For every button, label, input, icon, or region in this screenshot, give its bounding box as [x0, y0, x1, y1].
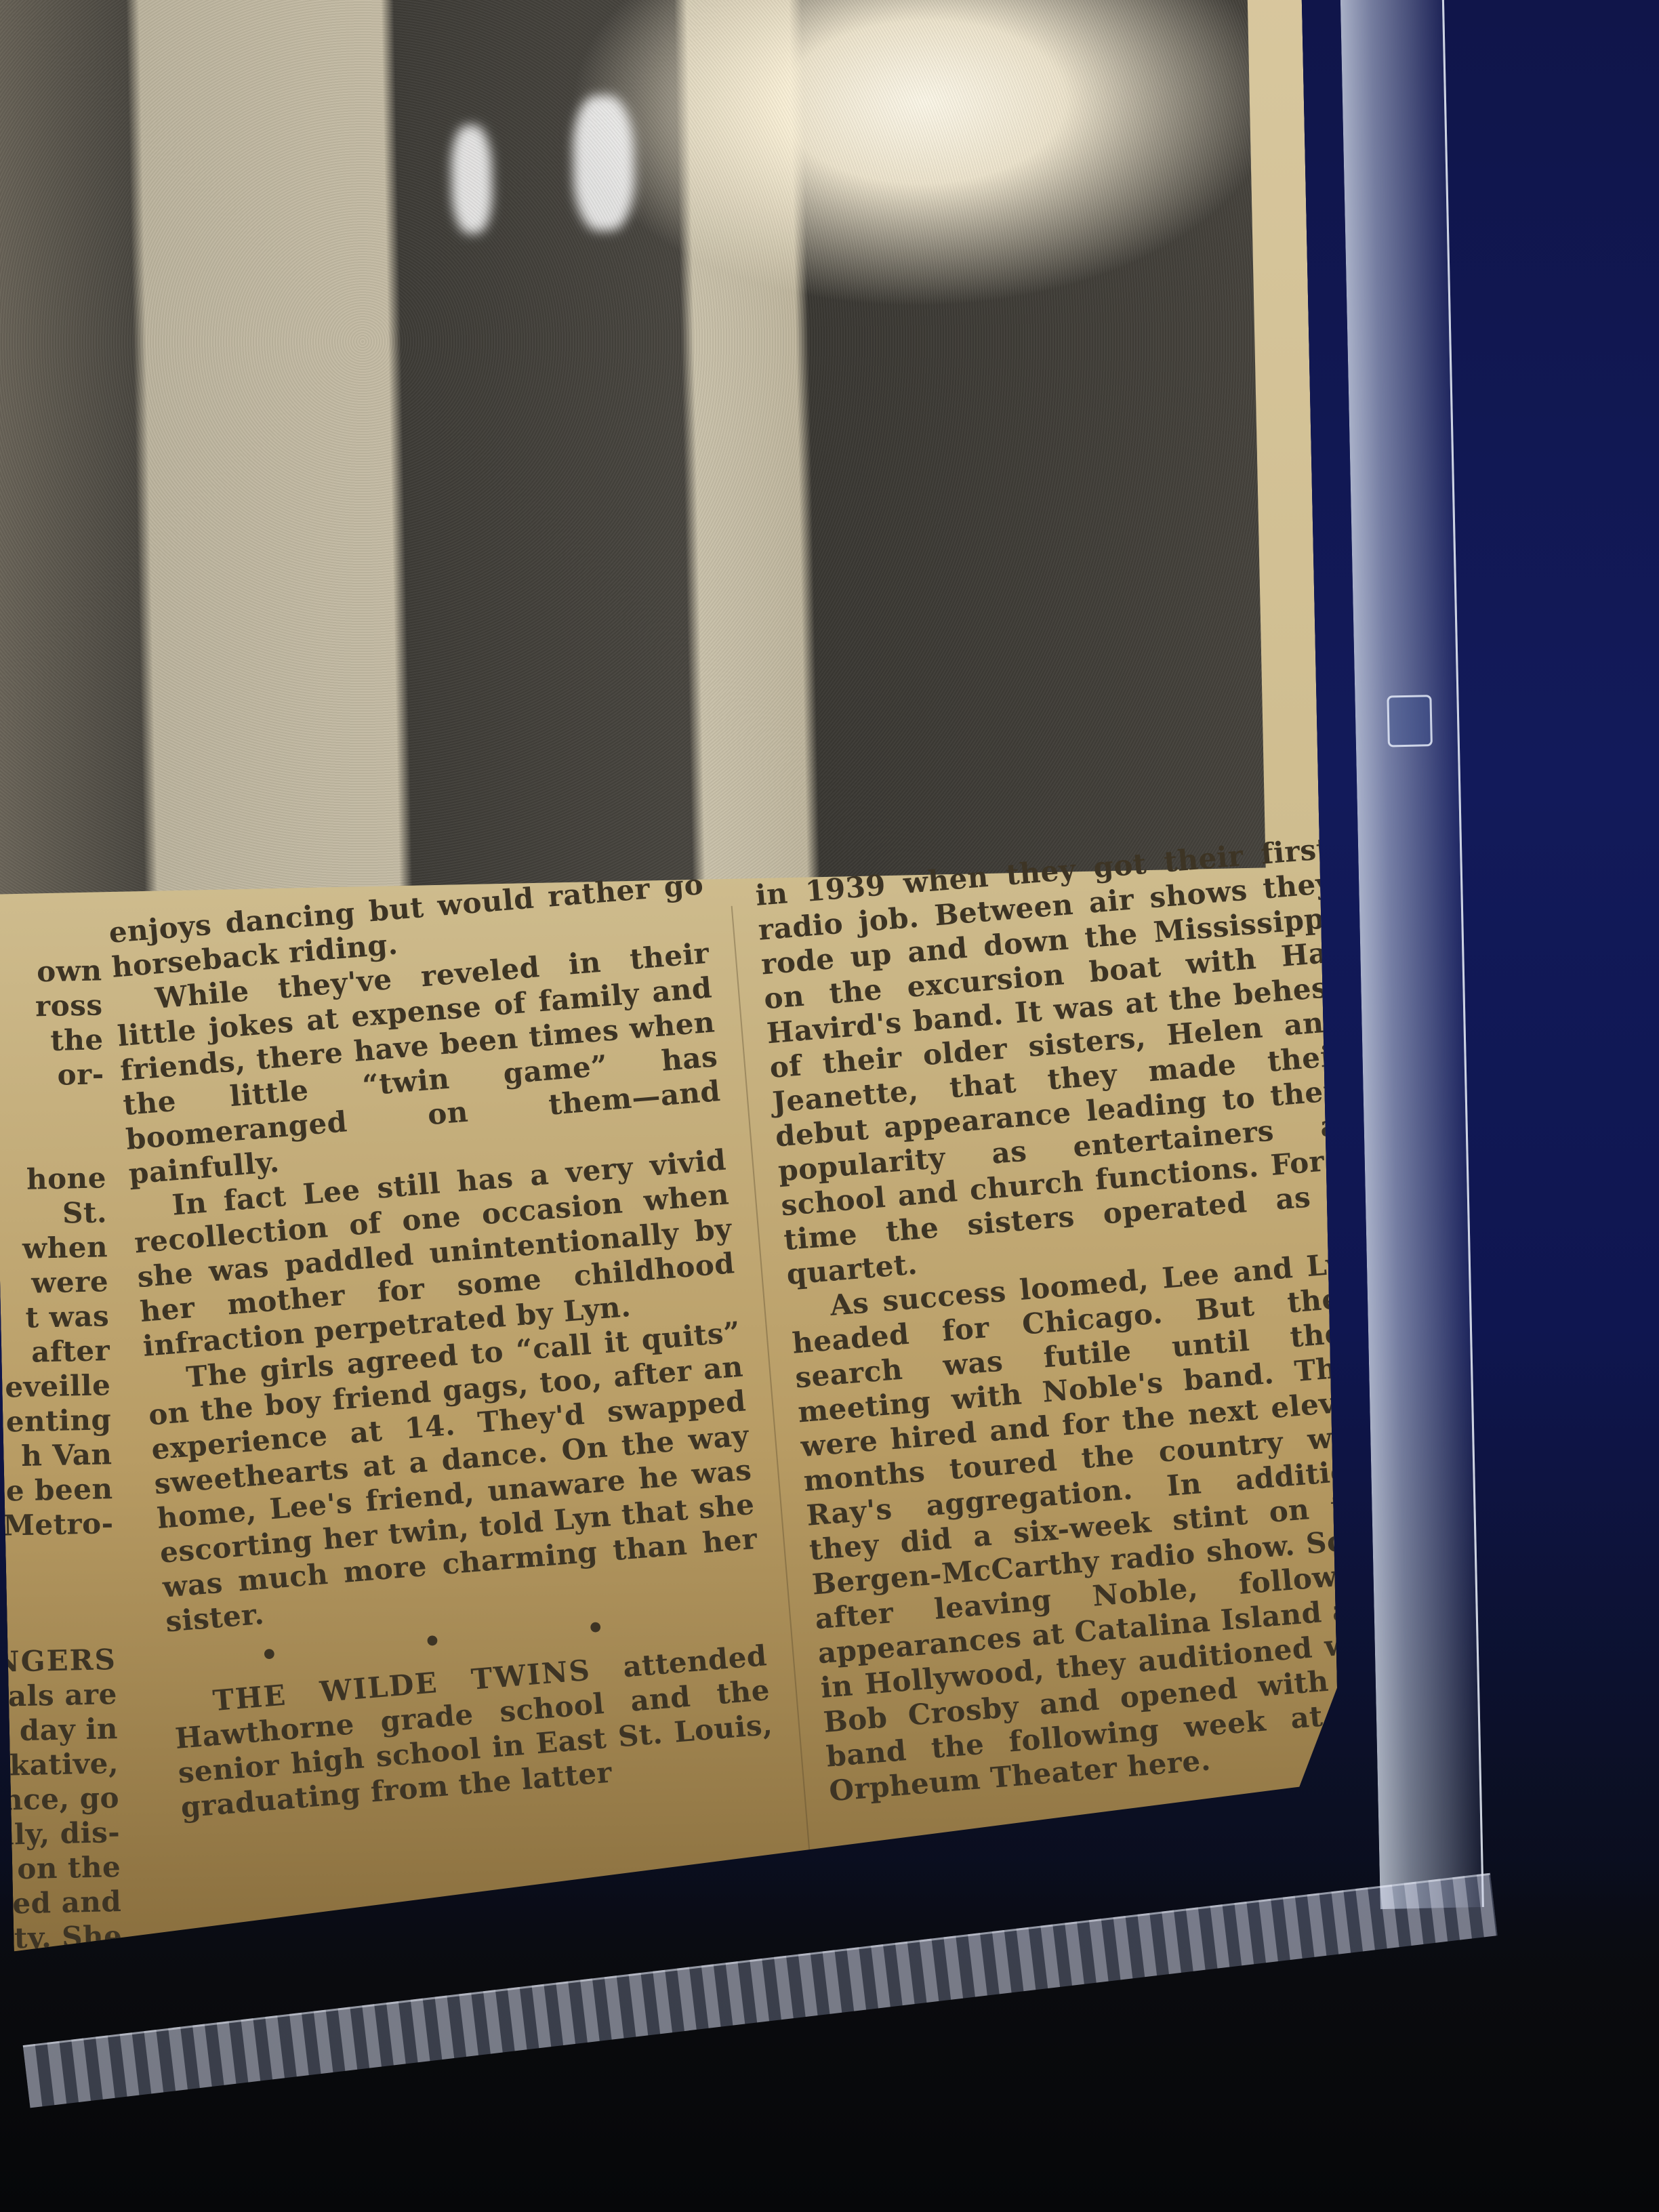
section-subhead: INGERS [0, 1642, 117, 1681]
text-line: own [0, 953, 102, 991]
text-line: talkative, [0, 1746, 119, 1784]
text-line: when [0, 1229, 108, 1268]
paragraph: in 1939 when they got their first radio … [754, 831, 1362, 1292]
text-line: enting [0, 1402, 112, 1441]
text-line: e been [0, 1471, 113, 1510]
text-line: t was [0, 1298, 110, 1337]
text-line: dance, go [0, 1780, 120, 1819]
plastic-sleeve: own ross the or- hone St. when were t wa… [0, 0, 1528, 2060]
middle-column: enjoys dancing but would rather go horse… [108, 867, 777, 1825]
text-line: hone [0, 1160, 106, 1199]
sleeve-edge [1340, 0, 1484, 1909]
paragraph: As success loomed, Lee and Lyn headed fo… [788, 1244, 1405, 1808]
glare-spot [572, 95, 636, 232]
text-line: ross [0, 987, 103, 1026]
glare-spot [450, 125, 493, 234]
binder-hole-icon [1387, 695, 1433, 747]
text-line: eveille [0, 1368, 111, 1406]
text-line: or- [0, 1057, 104, 1095]
text-line: bdued and [0, 1884, 122, 1923]
halftone-photo [0, 0, 1266, 895]
text-line: , on the [0, 1849, 121, 1888]
text-line: h Van [0, 1437, 112, 1475]
text-line: were [0, 1264, 109, 1303]
text-line: after [0, 1333, 110, 1372]
text-line: city. She [0, 1919, 123, 1957]
text-line: Metro- [0, 1506, 114, 1544]
left-column-fragment: own ross the or- hone St. when were t wa… [0, 953, 123, 1957]
text-line: edly, dis- [0, 1815, 121, 1853]
right-column: in 1939 when they got their first radio … [754, 831, 1405, 1808]
text-line: gals are [0, 1677, 117, 1715]
photo-scene: own ross the or- hone St. when were t wa… [0, 0, 1659, 2212]
text-line: d day in [0, 1711, 118, 1750]
newspaper-clipping: own ross the or- hone St. when were t wa… [0, 0, 1342, 1951]
paragraph: The girls agreed to “call it quits” on t… [144, 1315, 761, 1639]
text-line: the [0, 1022, 104, 1061]
text-line: St. [0, 1195, 107, 1233]
